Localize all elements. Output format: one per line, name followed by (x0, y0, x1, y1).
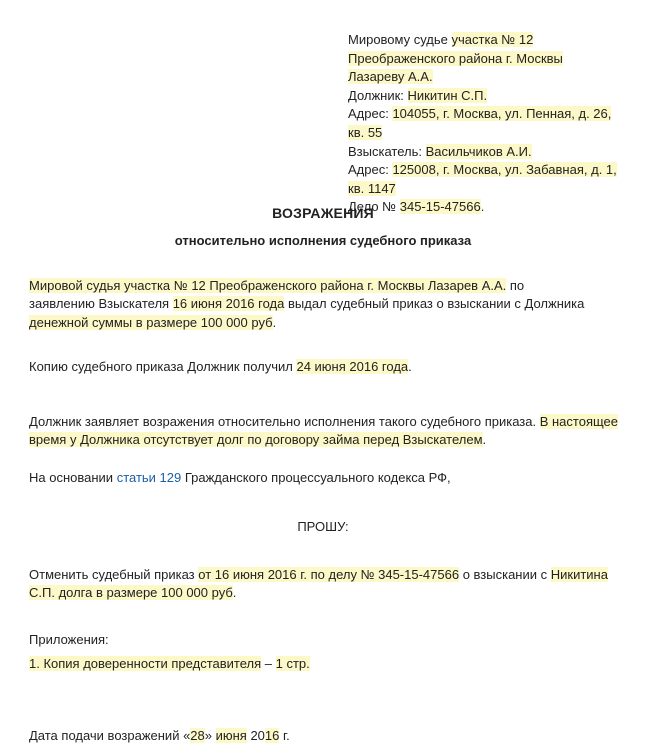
text-segment: Отменить судебный приказ (29, 567, 198, 582)
highlighted-text: Никитина (551, 567, 608, 582)
document-title: ВОЗРАЖЕНИЯ (0, 205, 646, 221)
paragraph-court-order: Мировой судья участка № 12 Преображенско… (29, 277, 629, 332)
paragraph-objection: Должник заявляет возражения относительно… (29, 413, 629, 450)
text-line: Адрес: 125008, г. Москва, ул. Забавная, … (348, 161, 638, 180)
text-segment: » (205, 728, 216, 743)
highlighted-text: июня (216, 728, 247, 743)
text-segment: Взыскатель: (348, 144, 426, 159)
text-line: Адрес: 104055, г. Москва, ул. Пенная, д.… (348, 105, 638, 124)
submission-date: Дата подачи возражений «28» июня 2016 г. (29, 727, 629, 745)
text-line: Должник заявляет возражения относительно… (29, 413, 629, 431)
highlighted-text: 24 июня 2016 года (296, 359, 408, 374)
highlighted-text: от 16 июня 2016 г. по делу № 345-15-4756… (198, 567, 459, 582)
text-line: 1. Копия доверенности представителя – 1 … (29, 655, 629, 673)
highlighted-text: 28 (190, 728, 204, 743)
text-line: Мировой судья участка № 12 Преображенско… (29, 277, 629, 295)
highlighted-text: 104055, г. Москва, ул. Пенная, д. 26, (392, 106, 611, 121)
text-line: кв. 1147 (348, 180, 638, 199)
text-line: Взыскатель: Васильчиков А.И. (348, 143, 638, 162)
highlighted-text: кв. 55 (348, 125, 382, 140)
text-line: Лазареву А.А. (348, 68, 638, 87)
text-segment: . (483, 432, 487, 447)
text-segment: заявлению Взыскателя (29, 296, 173, 311)
text-line: время у Должника отсутствует долг по дог… (29, 431, 629, 449)
text-segment: Мировому судье (348, 32, 452, 47)
text-segment: Должник заявляет возражения относительно… (29, 414, 540, 429)
text-segment: – (261, 656, 275, 671)
highlighted-text: участка № 12 (452, 32, 534, 47)
attachments-label: Приложения: (29, 631, 629, 649)
text-segment: Адрес: (348, 162, 392, 177)
highlighted-text: В настоящее (540, 414, 618, 429)
text-segment: Дата подачи возражений « (29, 728, 190, 743)
text-segment: . (273, 315, 277, 330)
highlighted-text: 16 июня 2016 года (173, 296, 285, 311)
highlighted-text: Васильчиков А.И. (426, 144, 532, 159)
document-subtitle: относительно исполнения судебного приказ… (0, 233, 646, 248)
legal-basis-after: Гражданского процессуального кодекса РФ, (181, 470, 450, 485)
text-line: Преображенского района г. Москвы (348, 50, 638, 69)
text-segment: Должник: (348, 88, 408, 103)
highlighted-text: 125008, г. Москва, ул. Забавная, д. 1, (392, 162, 616, 177)
text-segment: Копию судебного приказа Должник получил (29, 359, 296, 374)
text-line: Копию судебного приказа Должник получил … (29, 358, 629, 376)
paragraph-legal-basis: На основании статьи 129 Гражданского про… (29, 469, 629, 487)
text-line: Мировому судье участка № 12 (348, 31, 638, 50)
text-segment: выдал судебный приказ о взыскании с Долж… (284, 296, 584, 311)
highlighted-text: Преображенского района г. Москвы (348, 51, 563, 66)
highlighted-text: 1. Копия доверенности представителя (29, 656, 261, 671)
attachments-list: 1. Копия доверенности представителя – 1 … (29, 655, 629, 673)
text-segment: о взыскании с (459, 567, 551, 582)
highlighted-text: 1 стр. (276, 656, 310, 671)
text-segment: по (506, 278, 524, 293)
text-line: С.П. долга в размере 100 000 руб. (29, 584, 629, 602)
legal-basis-before: На основании (29, 470, 117, 485)
text-line: заявлению Взыскателя 16 июня 2016 года в… (29, 295, 629, 313)
text-line: денежной суммы в размере 100 000 руб. (29, 314, 629, 332)
paragraph-request: Отменить судебный приказ от 16 июня 2016… (29, 566, 629, 603)
highlighted-text: время у Должника отсутствует долг по дог… (29, 432, 483, 447)
highlighted-text: кв. 1147 (348, 181, 396, 196)
text-segment: . (408, 359, 412, 374)
highlighted-text: Мировой судья участка № 12 Преображенско… (29, 278, 506, 293)
highlighted-text: Никитин С.П. (408, 88, 488, 103)
paragraph-copy-received: Копию судебного приказа Должник получил … (29, 358, 629, 376)
text-line: Отменить судебный приказ от 16 июня 2016… (29, 566, 629, 584)
highlighted-text: 16 (265, 728, 279, 743)
text-segment: г. (279, 728, 289, 743)
text-line: Должник: Никитин С.П. (348, 87, 638, 106)
text-segment: Адрес: (348, 106, 392, 121)
addressee-header-block: Мировому судье участка № 12Преображенско… (348, 31, 638, 217)
highlighted-text: денежной суммы в размере 100 000 руб (29, 315, 273, 330)
statute-link[interactable]: статьи 129 (117, 470, 182, 485)
text-line: кв. 55 (348, 124, 638, 143)
highlighted-text: Лазареву А.А. (348, 69, 433, 84)
request-heading: ПРОШУ: (0, 518, 646, 536)
highlighted-text: С.П. долга в размере 100 000 руб (29, 585, 233, 600)
text-segment: . (233, 585, 237, 600)
text-segment: 20 (247, 728, 265, 743)
text-line: Дата подачи возражений «28» июня 2016 г. (29, 727, 629, 745)
